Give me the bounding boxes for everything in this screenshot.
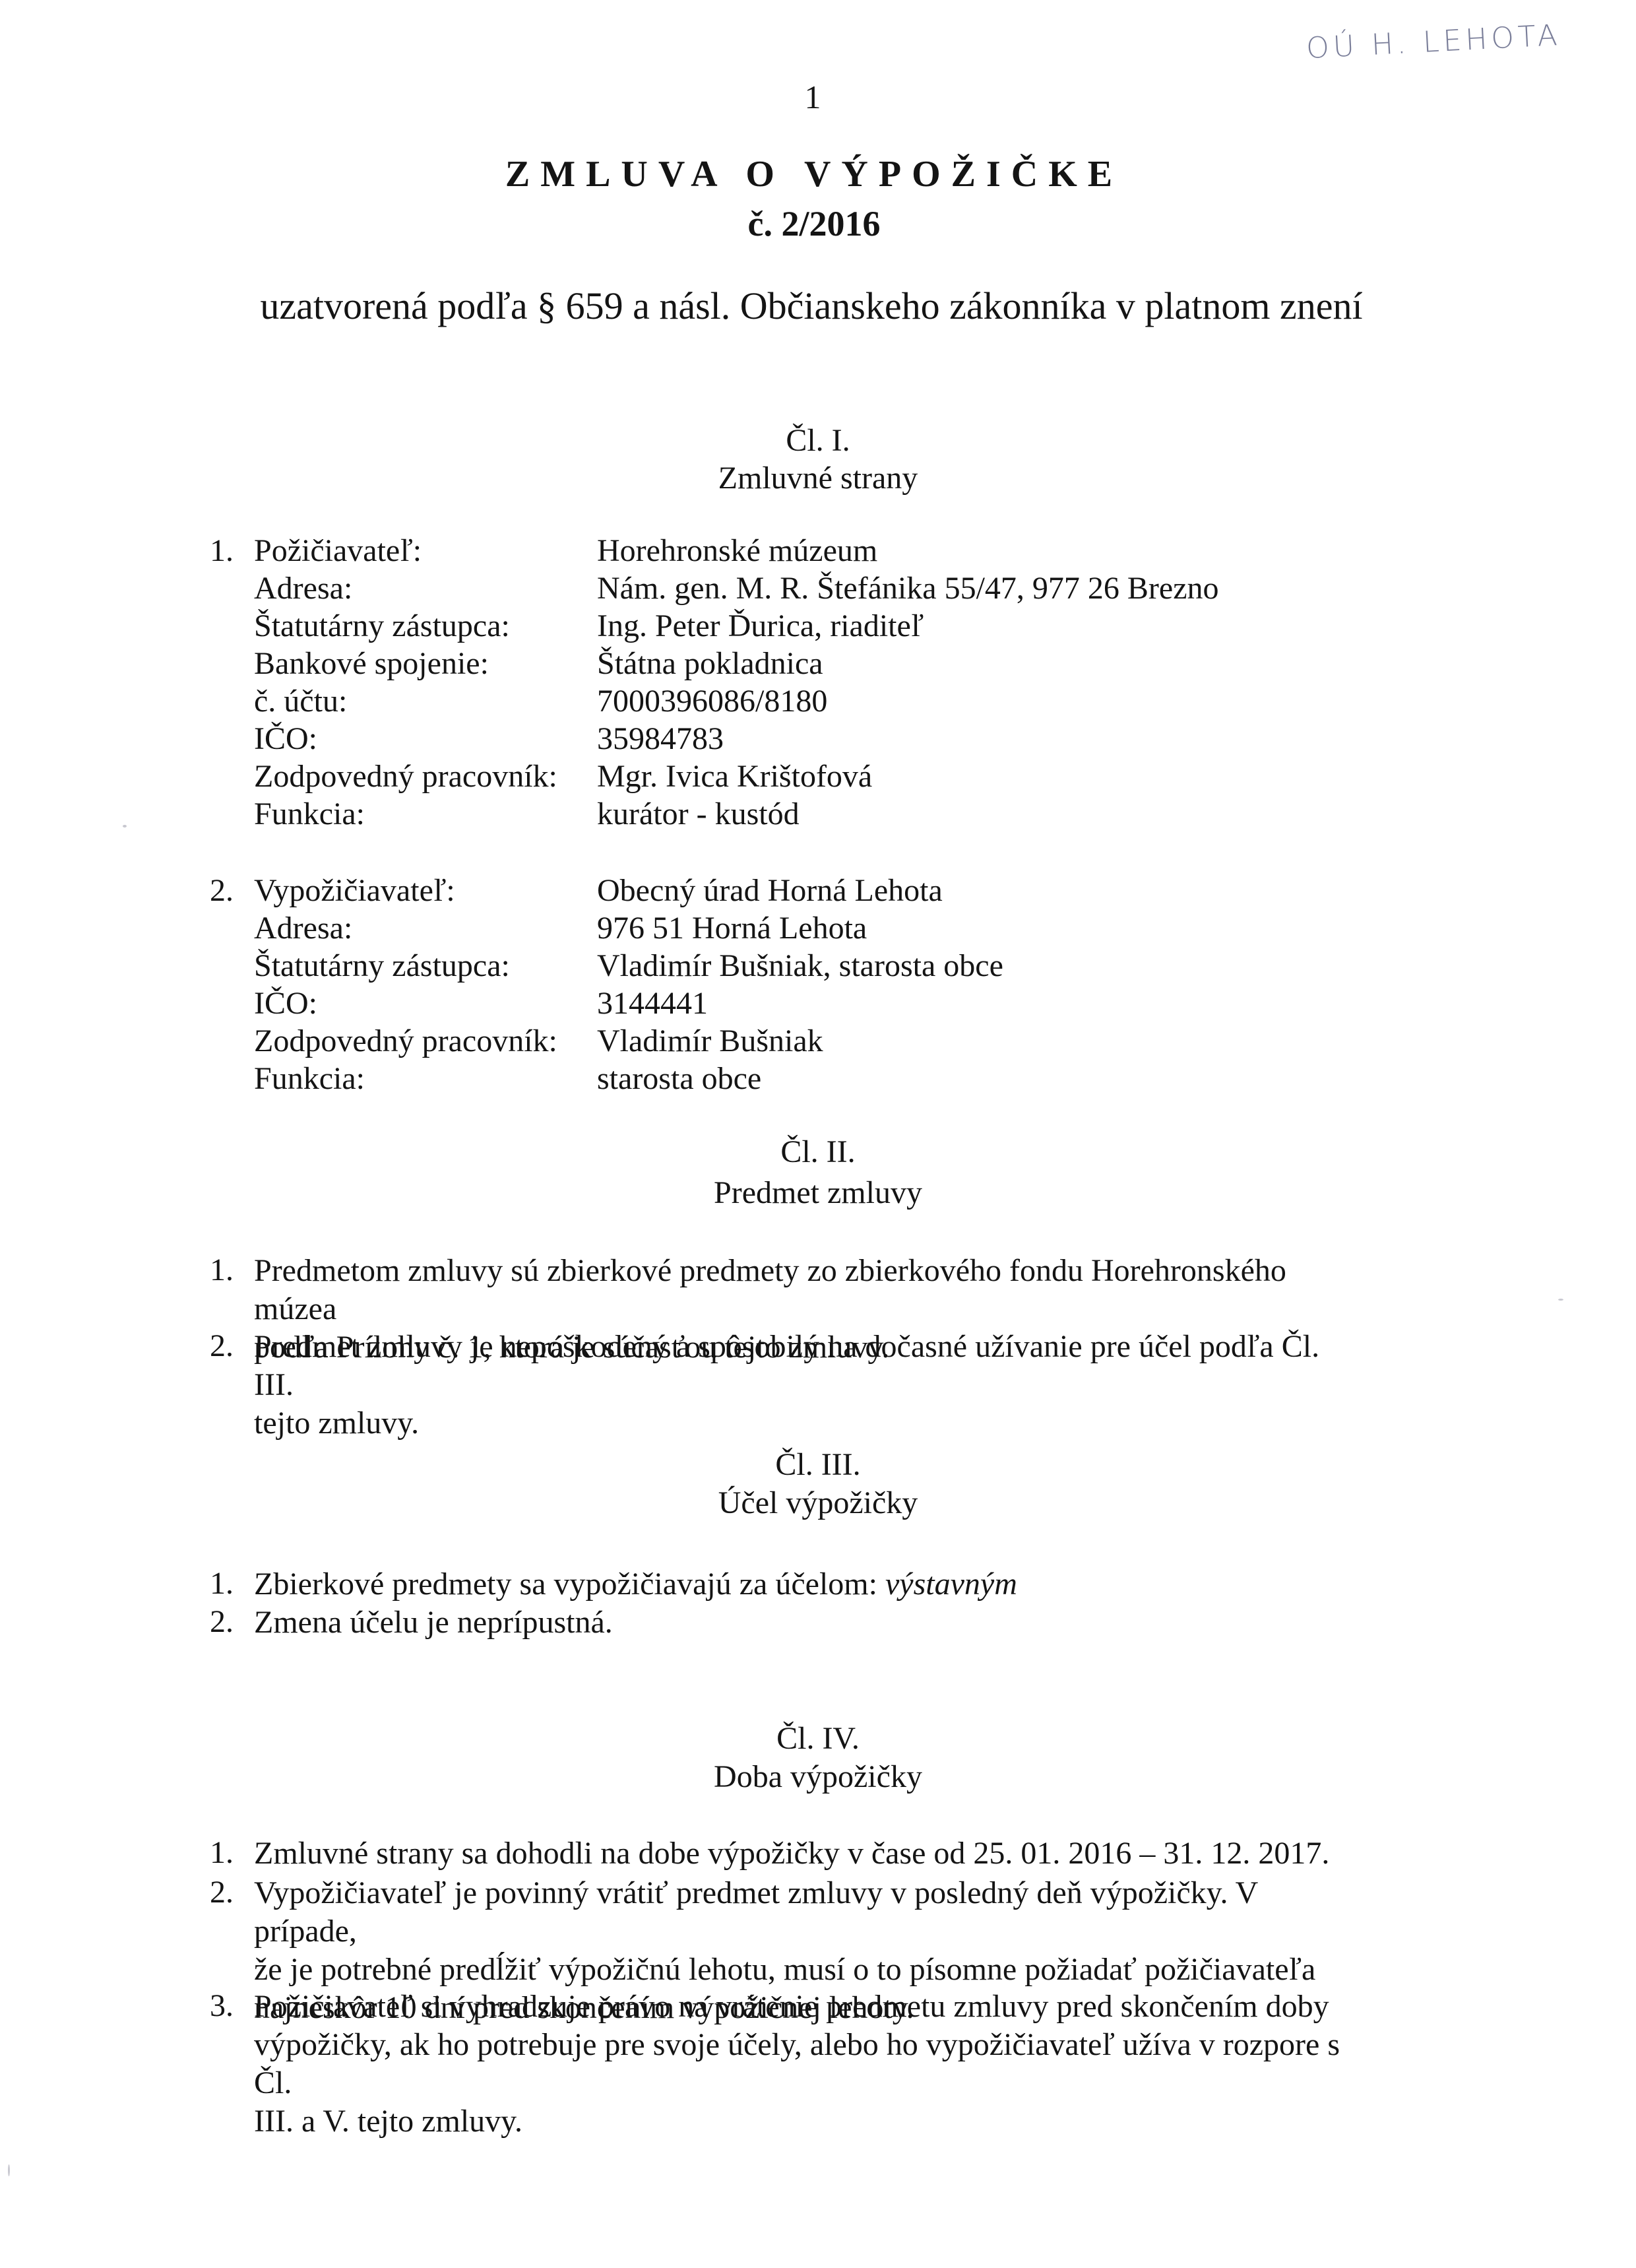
document-subtitle: uzatvorená podľa § 659 a násl. Občianske… — [0, 284, 1629, 328]
party-label: Vypožičiavateľ: — [254, 872, 455, 909]
party-value: kurátor - kustód — [597, 796, 800, 832]
party-value: 976 51 Horná Lehota — [597, 910, 867, 946]
item-text: Požičiavateľ si vyhradzuje právo na vrát… — [254, 1988, 1346, 2141]
article-2-title: Predmet zmluvy — [0, 1175, 1636, 1211]
party-index: 1. — [210, 533, 234, 569]
party-value: Obecný úrad Horná Lehota — [597, 872, 943, 909]
party-index: 2. — [210, 872, 234, 909]
party-value: Mgr. Ivica Krištofová — [597, 758, 872, 794]
article-2-number: Čl. II. — [0, 1134, 1636, 1170]
party-label: IČO: — [254, 721, 317, 757]
item-number: 1. — [210, 1252, 234, 1288]
item-text: Zmena účelu je neprípustná. — [254, 1604, 1346, 1642]
party-label: Adresa: — [254, 570, 352, 606]
item-number: 3. — [210, 1988, 234, 2024]
item-line: Zbierkové predmety sa vypožičiavajú za ú… — [254, 1567, 885, 1602]
handwritten-note: OÚ H. LEHOTA — [1306, 18, 1562, 65]
party-label: Bankové spojenie: — [254, 645, 489, 682]
party-value: Nám. gen. M. R. Štefánika 55/47, 977 26 … — [597, 570, 1219, 606]
party-value: 3144441 — [597, 985, 708, 1021]
party-label: Funkcia: — [254, 796, 365, 832]
item-number: 2. — [210, 1604, 234, 1640]
page-number: 1 — [0, 78, 1631, 116]
item-line: Predmetom zmluvy sú zbierkové predmety z… — [254, 1252, 1346, 1328]
party-label: Zodpovedný pracovník: — [254, 758, 557, 794]
item-line: tejto zmluvy. — [254, 1404, 1346, 1442]
party-value: 7000396086/8180 — [597, 683, 827, 719]
purpose-emphasis: výstavným — [885, 1567, 1017, 1602]
item-line: III. a V. tejto zmluvy. — [254, 2102, 1346, 2141]
party-label: Zodpovedný pracovník: — [254, 1023, 557, 1059]
scan-speck — [123, 825, 127, 827]
article-1-number: Čl. I. — [0, 422, 1636, 459]
contract-number: č. 2/2016 — [0, 203, 1632, 244]
party-value: starosta obce — [597, 1060, 761, 1097]
document-title: ZMLUVA O VÝPOŽIČKE — [0, 153, 1632, 195]
item-line: Vypožičiavateľ je povinný vrátiť predmet… — [254, 1874, 1346, 1951]
article-3-title: Účel výpožičky — [0, 1485, 1636, 1521]
item-line: Požičiavateľ si vyhradzuje právo na vrát… — [254, 1988, 1346, 2026]
item-line: Predmet zmluvy je nepoškodený a spôsobil… — [254, 1328, 1346, 1404]
party-label: Požičiavateľ: — [254, 533, 422, 569]
party-label: č. účtu: — [254, 683, 347, 719]
item-text: Predmet zmluvy je nepoškodený a spôsobil… — [254, 1328, 1346, 1442]
scan-speck — [8, 2164, 10, 2176]
article-4-title: Doba výpožičky — [0, 1759, 1636, 1795]
item-number: 2. — [210, 1874, 234, 1910]
item-number: 2. — [210, 1328, 234, 1364]
party-label: IČO: — [254, 985, 317, 1021]
party-value: Horehronské múzeum — [597, 533, 877, 569]
party-value: Ing. Peter Ďurica, riaditeľ — [597, 608, 924, 644]
item-text: Zmluvné strany sa dohodli na dobe výpoži… — [254, 1834, 1346, 1873]
scan-speck — [1558, 1299, 1563, 1301]
party-label: Štatutárny zástupca: — [254, 608, 510, 644]
party-value: Štátna pokladnica — [597, 645, 823, 682]
item-line: Zmluvné strany sa dohodli na dobe výpoži… — [254, 1834, 1346, 1873]
party-value: 35984783 — [597, 721, 724, 757]
party-value: Vladimír Bušniak — [597, 1023, 823, 1059]
item-number: 1. — [210, 1565, 234, 1602]
party-label: Štatutárny zástupca: — [254, 948, 510, 984]
item-line: že je potrebné predĺžiť výpožičnú lehotu… — [254, 1951, 1346, 1989]
party-label: Funkcia: — [254, 1060, 365, 1097]
party-label: Adresa: — [254, 910, 352, 946]
party-value: Vladimír Bušniak, starosta obce — [597, 948, 1003, 984]
item-line: výpožičky, ak ho potrebuje pre svoje úče… — [254, 2026, 1346, 2102]
article-4-number: Čl. IV. — [0, 1720, 1636, 1757]
article-3-number: Čl. III. — [0, 1446, 1636, 1483]
item-text: Zbierkové predmety sa vypožičiavajú za ú… — [254, 1565, 1346, 1604]
item-line: Zmena účelu je neprípustná. — [254, 1605, 613, 1640]
article-1-title: Zmluvné strany — [0, 460, 1636, 496]
item-number: 1. — [210, 1834, 234, 1871]
